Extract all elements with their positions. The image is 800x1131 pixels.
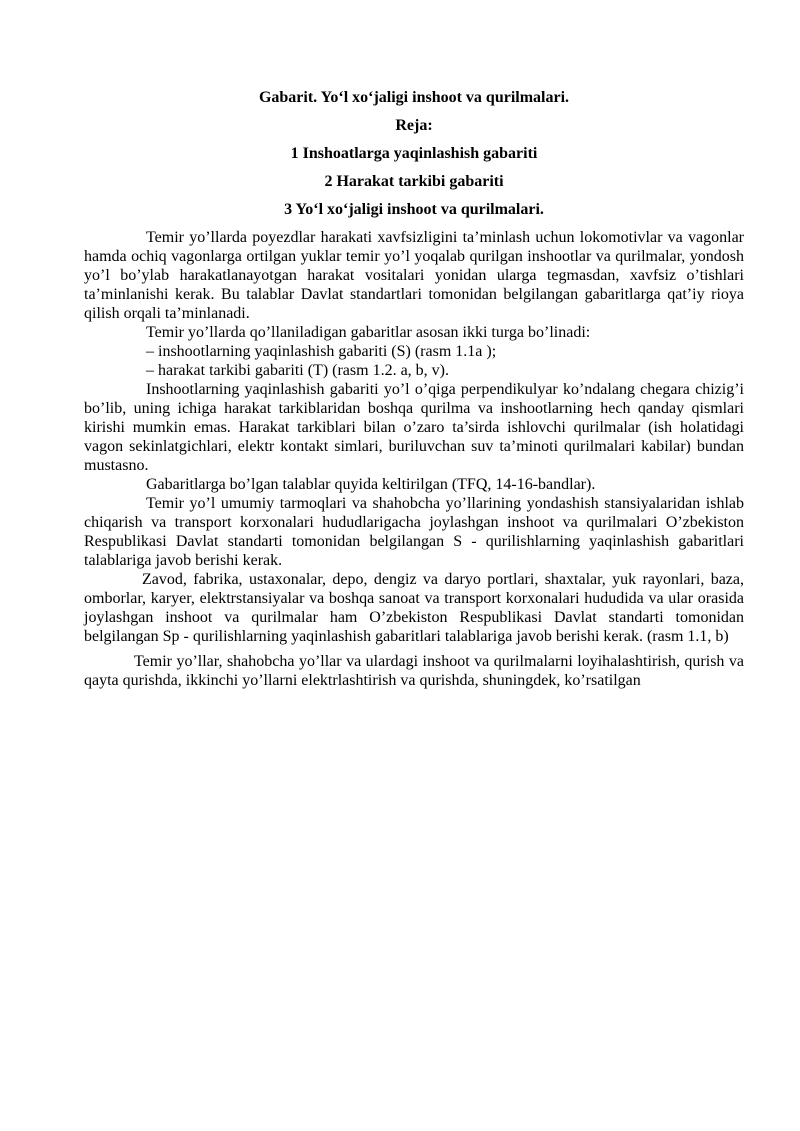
paragraph-standard-sp: Zavod, fabrika, ustaxonalar, depo, dengi… xyxy=(84,570,744,646)
list-item-approach-gauge: – inshootlarning yaqinlashish gabariti (… xyxy=(84,342,744,361)
list-item-rolling-stock-gauge: – harakat tarkibi gabariti (T) (rasm 1.2… xyxy=(84,361,744,380)
paragraph-requirements-reference: Gabaritlarga bo’lgan talablar quyida kel… xyxy=(84,475,744,494)
plan-item-2: 2 Harakat tarkibi gabariti xyxy=(84,172,744,191)
plan-label: Reja: xyxy=(84,116,744,135)
document-page: Gabarit. Yo‘l xo‘jaligi inshoot va quril… xyxy=(0,0,800,1131)
paragraph-standard-s: Temir yo’l umumiy tarmoqlari va shahobch… xyxy=(84,494,744,570)
paragraph-gabarit-types: Temir yo’llarda qo’llaniladigan gabaritl… xyxy=(84,323,744,342)
paragraph-approach-gauge-definition: Inshootlarning yaqinlashish gabariti yo’… xyxy=(84,380,744,475)
paragraph-design-construction: Temir yo’llar, shahobcha yo’llar va ular… xyxy=(84,652,744,690)
document-header: Gabarit. Yo‘l xo‘jaligi inshoot va quril… xyxy=(84,88,744,219)
paragraph-intro: Temir yo’llarda poyezdlar harakati xavfs… xyxy=(84,228,744,323)
plan-item-1: 1 Inshoatlarga yaqinlashish gabariti xyxy=(84,144,744,163)
doc-title: Gabarit. Yo‘l xo‘jaligi inshoot va quril… xyxy=(84,88,744,107)
plan-item-3: 3 Yo‘l xo‘jaligi inshoot va qurilmalari. xyxy=(84,200,744,219)
